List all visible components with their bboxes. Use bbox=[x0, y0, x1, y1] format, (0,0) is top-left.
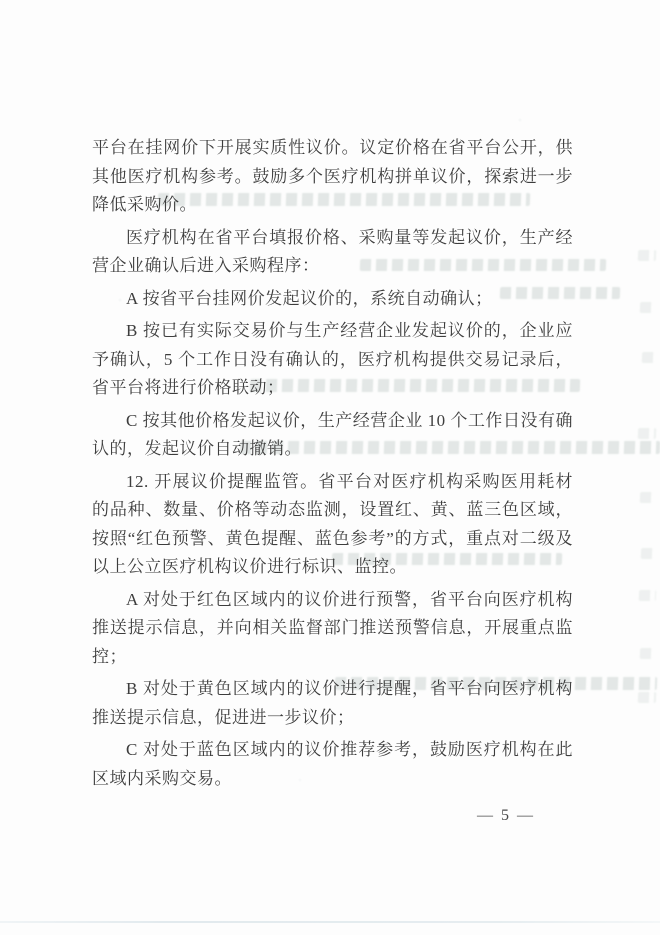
body-paragraph: C 对处于蓝色区域内的议价推荐参考，鼓励医疗机构在此区域内采购交易。 bbox=[92, 736, 573, 793]
bleed-through-artifact bbox=[638, 250, 656, 261]
bleed-through-artifact bbox=[641, 548, 656, 559]
body-paragraph: 平台在挂网价下开展实质性议价。议定价格在省平台公开，供其他医疗机构参考。鼓励多个… bbox=[92, 134, 573, 220]
scanned-document-page: 平台在挂网价下开展实质性议价。议定价格在省平台公开，供其他医疗机构参考。鼓励多个… bbox=[0, 0, 660, 935]
body-paragraph: A 对处于红色区域内的议价进行预警，省平台向医疗机构推送提示信息，并向相关监督部… bbox=[92, 586, 573, 672]
body-paragraph: C 按其他价格发起议价，生产经营企业 10 个工作日没有确认的，发起议价自动撤销… bbox=[92, 407, 573, 464]
body-paragraph: A 按省平台挂网价发起议价的，系统自动确认； bbox=[92, 285, 573, 314]
bleed-through-artifact bbox=[638, 428, 656, 439]
body-paragraph: 医疗机构在省平台填报价格、采购量等发起议价，生产经营企业确认后进入采购程序： bbox=[92, 224, 573, 281]
bleed-through-artifact bbox=[639, 590, 656, 601]
bleed-through-artifact bbox=[640, 492, 656, 503]
document-content: 平台在挂网价下开展实质性议价。议定价格在省平台公开，供其他医疗机构参考。鼓励多个… bbox=[92, 134, 573, 797]
bleed-through-artifact bbox=[638, 692, 656, 703]
scan-edge bbox=[0, 921, 660, 923]
bleed-through-artifact bbox=[642, 352, 657, 363]
bleed-through-artifact bbox=[640, 648, 656, 659]
bleed-through-artifact bbox=[640, 302, 656, 313]
body-paragraph: 12. 开展议价提醒监管。省平台对医疗机构采购医用耗材的品种、数量、价格等动态监… bbox=[92, 468, 573, 582]
body-paragraph: B 按已有实际交易价与生产经营企业发起议价的，企业应予确认，5 个工作日没有确认… bbox=[92, 317, 573, 403]
page-number: — 5 — bbox=[477, 807, 535, 825]
body-paragraph: B 对处于黄色区域内的议价进行提醒，省平台向医疗机构推送提示信息，促进进一步议价… bbox=[92, 675, 573, 732]
